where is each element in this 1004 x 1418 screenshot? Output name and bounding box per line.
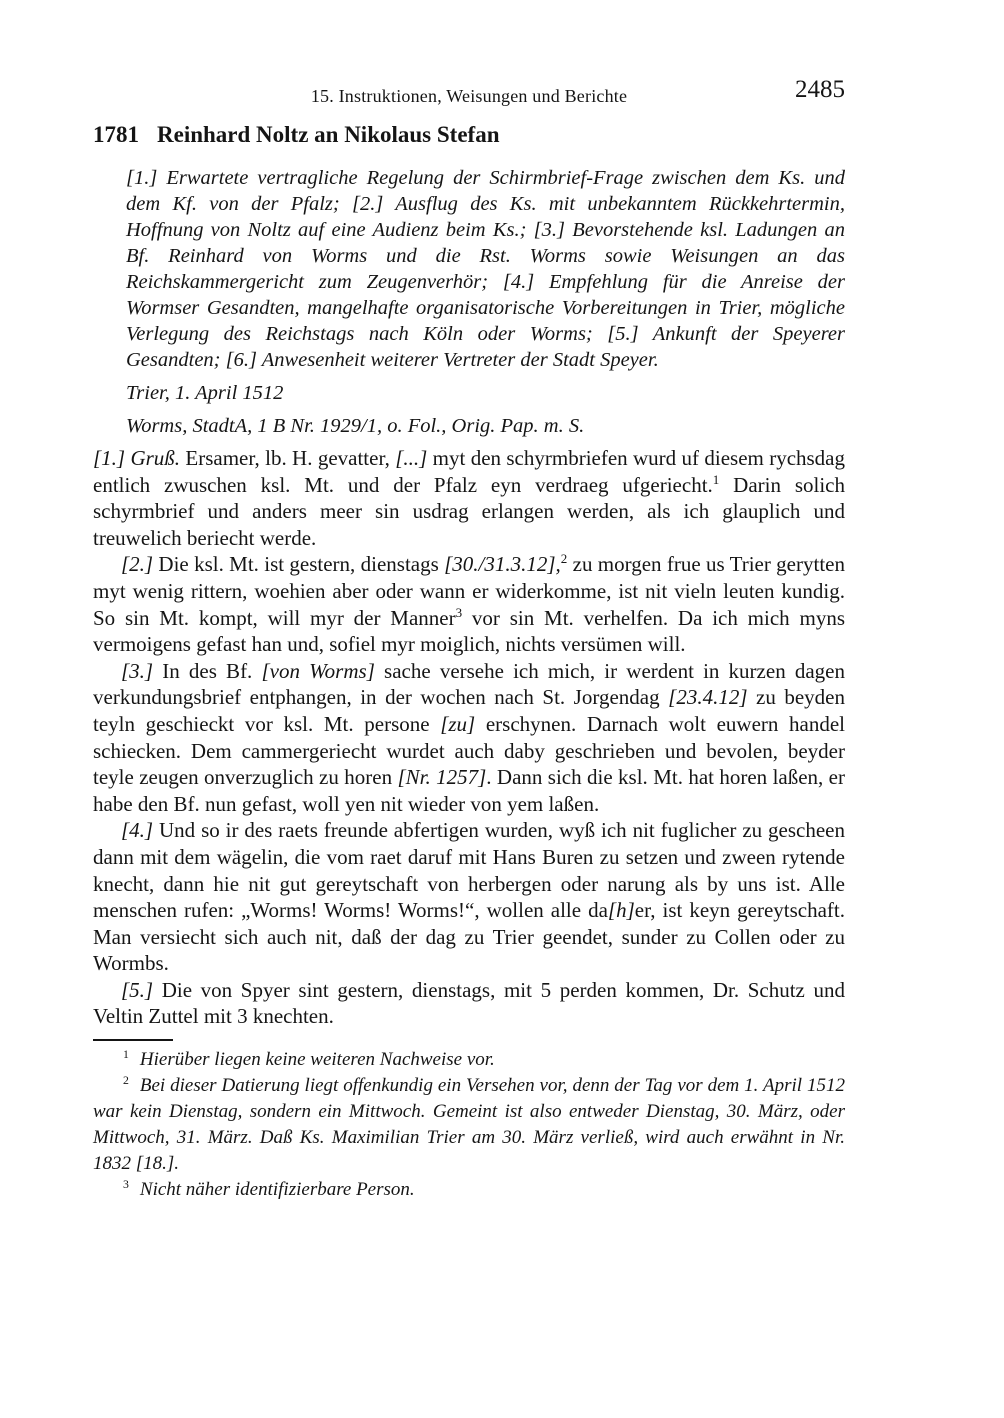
footnote-1-text: Hierüber liegen keine weiteren Nachweise…	[140, 1049, 495, 1070]
document-summary: [1.] Erwartete vertragliche Regelung der…	[126, 165, 845, 373]
footnote-1: 1Hierüber liegen keine weiteren Nachweis…	[93, 1047, 845, 1073]
body-paragraph-2: [2.] Die ksl. Mt. ist gestern, dienstags…	[93, 551, 845, 657]
footnote-3-number: 3	[123, 1178, 129, 1191]
footnote-2-number: 2	[123, 1074, 129, 1087]
page-header: 15. Instruktionen, Weisungen und Bericht…	[93, 84, 845, 120]
book-page: 15. Instruktionen, Weisungen und Bericht…	[0, 0, 1004, 1418]
footnotes: 1Hierüber liegen keine weiteren Nachweis…	[93, 1047, 845, 1203]
archive-source-line: Worms, StadtA, 1 B Nr. 1929/1, o. Fol., …	[126, 413, 845, 439]
letter-body: [1.] Gruß. Ersamer, lb. H. gevatter, [..…	[93, 445, 845, 1030]
running-head: 15. Instruktionen, Weisungen und Bericht…	[93, 86, 845, 107]
footnote-separator	[93, 1039, 173, 1041]
footnote-3-text: Nicht näher identifizierbare Person.	[140, 1179, 415, 1200]
body-paragraph-1: [1.] Gruß. Ersamer, lb. H. gevatter, [..…	[93, 445, 845, 551]
page-number: 2485	[795, 76, 845, 104]
document-number: 1781	[93, 122, 139, 147]
document-title-text: Reinhard Noltz an Nikolaus Stefan	[157, 122, 499, 147]
dateline: Trier, 1. April 1512	[126, 380, 845, 406]
document-title: 1781Reinhard Noltz an Nikolaus Stefan	[93, 120, 845, 150]
footnote-1-number: 1	[123, 1048, 129, 1061]
footnote-3: 3Nicht näher identifizierbare Person.	[93, 1177, 845, 1203]
footnote-2-text: Bei dieser Datierung liegt offenkundig e…	[93, 1075, 845, 1174]
body-paragraph-5: [5.] Die von Spyer sint gestern, diensta…	[93, 977, 845, 1030]
footnote-2: 2Bei dieser Datierung liegt offenkundig …	[93, 1073, 845, 1177]
body-paragraph-3: [3.] In des Bf. [von Worms] sache verseh…	[93, 658, 845, 818]
body-paragraph-4: [4.] Und so ir des raets freunde abferti…	[93, 817, 845, 977]
